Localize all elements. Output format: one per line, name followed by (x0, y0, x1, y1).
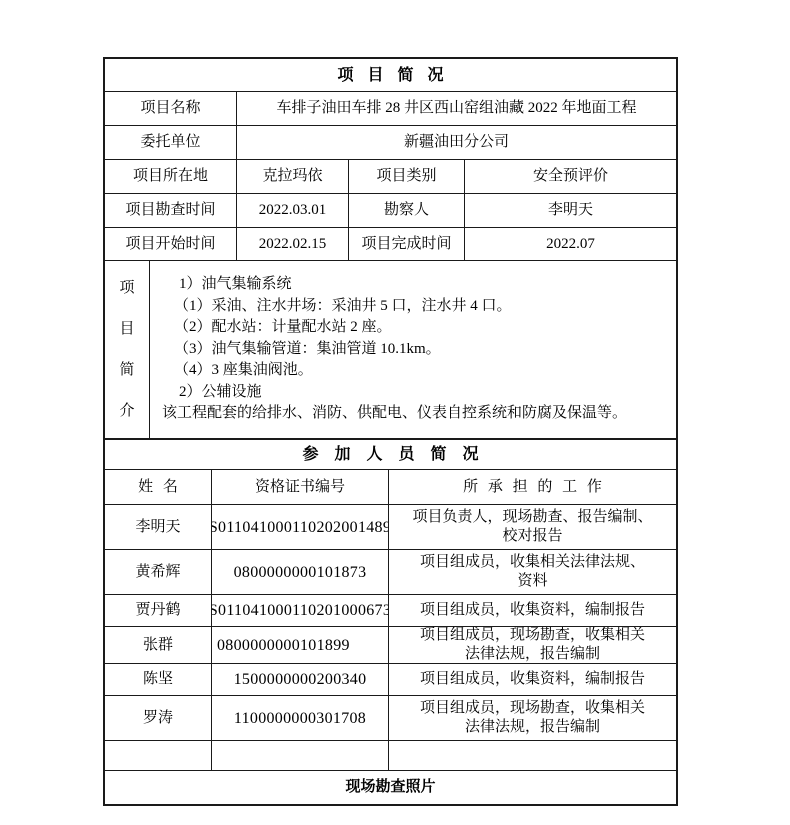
start-time-value: 2022.02.15 (237, 228, 349, 260)
person-certificate: 0800000000101873 (212, 550, 389, 594)
personnel-header-row: 姓 名 资格证书编号 所 承 担 的 工 作 (105, 470, 676, 505)
row-client-unit: 委托单位 新疆油田分公司 (105, 126, 676, 160)
header-work: 所 承 担 的 工 作 (389, 470, 676, 504)
finish-time-value: 2022.07 (465, 228, 676, 260)
intro-label-char: 简 (119, 361, 134, 380)
intro-line: （2）配水站：计量配水站 2 座。 (162, 317, 670, 339)
intro-line: （1）采油、注水井场：采油井 5 口，注水井 4 口。 (162, 296, 670, 318)
table-title: 项 目 简 况 (105, 59, 676, 91)
intro-label-char: 目 (119, 320, 134, 339)
page: 项 目 简 况 项目名称 车排子油田车排 28 井区西山窑组油藏 2022 年地… (0, 0, 790, 825)
header-name: 姓 名 (105, 470, 212, 504)
personnel-row: 李明天 S011041000110202001489 项目负责人，现场勘查、报告… (105, 505, 676, 550)
personnel-row: 贾丹鹤 S011041000110201000673 项目组成员，收集资料，编制… (105, 595, 676, 627)
person-name: 黄希辉 (105, 550, 212, 594)
person-name: 罗涛 (105, 696, 212, 740)
client-unit-value: 新疆油田分公司 (237, 126, 676, 159)
row-project-name: 项目名称 车排子油田车排 28 井区西山窑组油藏 2022 年地面工程 (105, 92, 676, 126)
person-work: 项目组成员，现场勘查，收集相关 法律法规，报告编制 (389, 696, 676, 740)
person-name (105, 741, 212, 770)
person-name: 贾丹鹤 (105, 595, 212, 626)
location-label: 项目所在地 (105, 160, 237, 193)
personnel-row: 罗涛 1100000000301708 项目组成员，现场勘查，收集相关 法律法规… (105, 696, 676, 741)
person-name: 李明天 (105, 505, 212, 549)
person-certificate: 1500000000200340 (212, 664, 389, 695)
person-work: 项目组成员，收集资料，编制报告 (389, 664, 676, 695)
finish-time-label: 项目完成时间 (349, 228, 465, 260)
person-certificate: 1100000000301708 (212, 696, 389, 740)
project-brief-table: 项 目 简 况 项目名称 车排子油田车排 28 井区西山窑组油藏 2022 年地… (103, 57, 678, 806)
table-title-row: 项 目 简 况 (105, 59, 676, 92)
person-certificate: S011041000110202001489 (212, 505, 389, 549)
project-intro-label: 项 目 简 介 (105, 261, 150, 438)
personnel-section-title-row: 参 加 人 员 简 况 (105, 440, 676, 470)
header-certificate: 资格证书编号 (212, 470, 389, 504)
site-photos-row: 现场勘查照片 (105, 771, 676, 804)
intro-line: 该工程配套的给排水、消防、供配电、仪表自控系统和防腐及保温等。 (162, 403, 670, 425)
project-intro-content: 1）油气集输系统 （1）采油、注水井场：采油井 5 口，注水井 4 口。 （2）… (150, 261, 676, 438)
intro-label-char: 介 (119, 402, 134, 421)
person-name: 陈坚 (105, 664, 212, 695)
category-value: 安全预评价 (465, 160, 676, 193)
personnel-section-title: 参 加 人 员 简 况 (105, 440, 676, 469)
survey-time-value: 2022.03.01 (237, 194, 349, 227)
intro-line: 2）公辅设施 (162, 382, 670, 404)
row-project-intro: 项 目 简 介 1）油气集输系统 （1）采油、注水井场：采油井 5 口，注水井 … (105, 261, 676, 440)
site-photos-title: 现场勘查照片 (105, 771, 676, 804)
client-unit-label: 委托单位 (105, 126, 237, 159)
person-name: 张群 (105, 627, 212, 663)
category-label: 项目类别 (349, 160, 465, 193)
row-location-category: 项目所在地 克拉玛依 项目类别 安全预评价 (105, 160, 676, 194)
personnel-row-empty (105, 741, 676, 771)
row-survey-time: 项目勘查时间 2022.03.01 勘察人 李明天 (105, 194, 676, 228)
person-certificate (212, 741, 389, 770)
intro-line: （4）3 座集油阀池。 (162, 360, 670, 382)
row-start-finish-time: 项目开始时间 2022.02.15 项目完成时间 2022.07 (105, 228, 676, 261)
person-work (389, 741, 676, 770)
personnel-row: 黄希辉 0800000000101873 项目组成员，收集相关法律法规、 资料 (105, 550, 676, 595)
person-work: 项目组成员，收集资料，编制报告 (389, 595, 676, 626)
intro-line: （3）油气集输管道：集油管道 10.1km。 (162, 339, 670, 361)
surveyor-label: 勘察人 (349, 194, 465, 227)
person-work: 项目负责人，现场勘查、报告编制、 校对报告 (389, 505, 676, 549)
person-work: 项目组成员，收集相关法律法规、 资料 (389, 550, 676, 594)
personnel-row: 陈坚 1500000000200340 项目组成员，收集资料，编制报告 (105, 664, 676, 696)
person-work: 项目组成员，现场勘查，收集相关 法律法规，报告编制 (389, 627, 676, 663)
survey-time-label: 项目勘查时间 (105, 194, 237, 227)
surveyor-value: 李明天 (465, 194, 676, 227)
start-time-label: 项目开始时间 (105, 228, 237, 260)
person-certificate: 0800000000101899 (212, 627, 389, 663)
intro-line: 1）油气集输系统 (162, 274, 670, 296)
project-name-value: 车排子油田车排 28 井区西山窑组油藏 2022 年地面工程 (237, 92, 676, 125)
project-name-label: 项目名称 (105, 92, 237, 125)
person-certificate: S011041000110201000673 (212, 595, 389, 626)
location-value: 克拉玛依 (237, 160, 349, 193)
personnel-row: 张群 0800000000101899 项目组成员，现场勘查，收集相关 法律法规… (105, 627, 676, 664)
intro-label-char: 项 (119, 279, 134, 298)
